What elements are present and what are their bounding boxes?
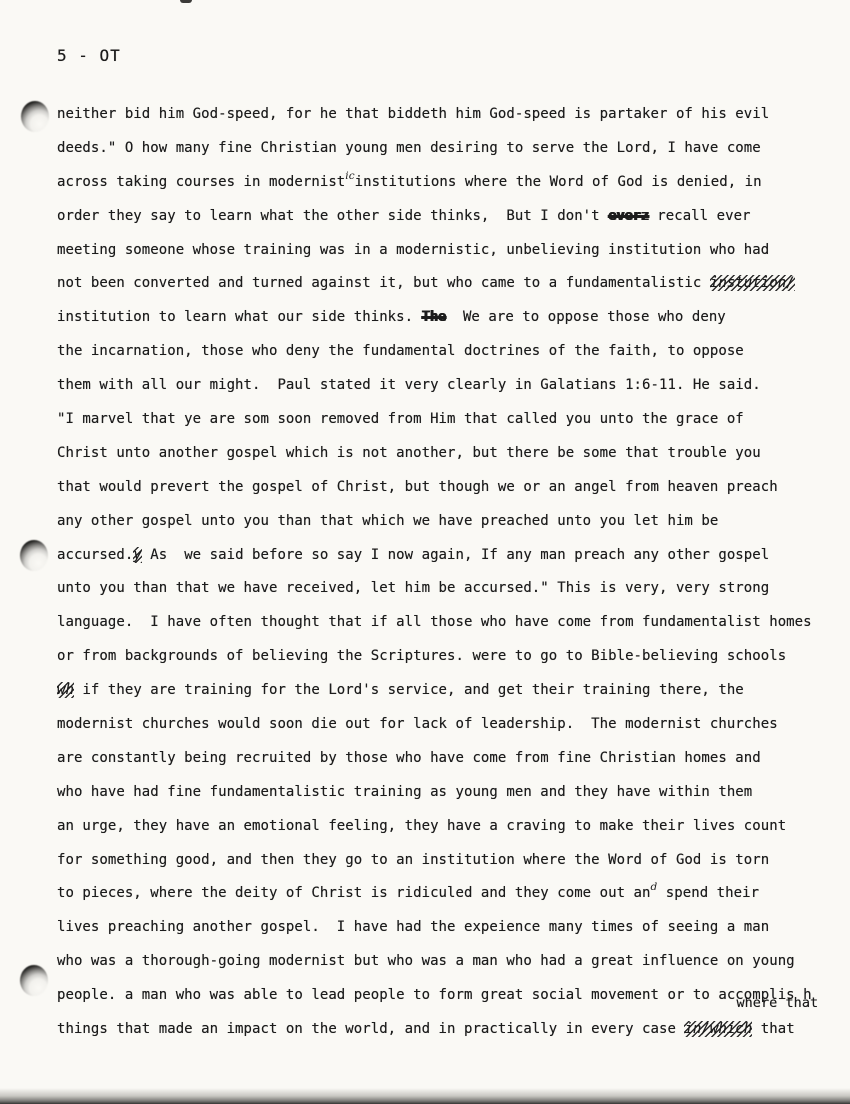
handwritten-insertion: d bbox=[651, 881, 658, 893]
text-line: Christ unto another gospel which is not … bbox=[57, 437, 832, 471]
text-line: are constantly being recruited by those … bbox=[57, 742, 832, 776]
text-segment: modernist churches would soon die out fo… bbox=[57, 716, 778, 732]
text-line: to pieces, where the deity of Christ is … bbox=[57, 877, 832, 911]
text-segment: who was a thorough-going modernist but w… bbox=[57, 953, 795, 969]
text-line: people. a man who was able to lead peopl… bbox=[57, 979, 832, 1013]
text-segment: accursed. bbox=[57, 547, 133, 563]
text-segment: are constantly being recruited by those … bbox=[57, 750, 761, 766]
text-segment: Christ unto another gospel which is not … bbox=[57, 445, 761, 461]
text-line: accursed.y As we said before so say I no… bbox=[57, 539, 832, 573]
page-number-header: 5 - OT bbox=[57, 46, 121, 65]
text-line: who have had fine fundamentalistic train… bbox=[57, 776, 832, 810]
text-segment: unto you than that we have received, let… bbox=[57, 580, 769, 596]
text-line: deeds." O how many fine Christian young … bbox=[57, 132, 832, 166]
text-segment: any other gospel unto you than that whic… bbox=[57, 513, 718, 529]
text-segment: if they are training for the Lord's serv… bbox=[74, 682, 744, 698]
text-line: lives preaching another gospel. I have h… bbox=[57, 911, 832, 945]
text-segment: We are to oppose those who deny bbox=[446, 309, 726, 325]
text-segment: recall ever bbox=[649, 208, 751, 224]
text-line: meeting someone whose training was in a … bbox=[57, 234, 832, 268]
text-segment: language. I have often thought that if a… bbox=[57, 614, 812, 630]
punch-hole-shadow bbox=[21, 101, 49, 132]
text-line: that would prevert the gospel of Christ,… bbox=[57, 471, 832, 505]
struck-out-text: everz bbox=[608, 208, 649, 224]
text-line: "I marvel that ye are som soon removed f… bbox=[57, 403, 832, 437]
punch-hole-shadow bbox=[20, 540, 48, 571]
text-segment: meeting someone whose training was in a … bbox=[57, 242, 769, 258]
struck-out-text: wh bbox=[57, 682, 74, 698]
document-page: 5 - OT neither bid him God-speed, for he… bbox=[0, 0, 850, 1104]
correction-group: where thatin/which bbox=[684, 1013, 752, 1047]
text-segment: for something good, and then they go to … bbox=[57, 852, 769, 868]
text-segment: "I marvel that ye are som soon removed f… bbox=[57, 411, 744, 427]
text-line: wh if they are training for the Lord's s… bbox=[57, 674, 832, 708]
text-segment: who have had fine fundamentalistic train… bbox=[57, 784, 752, 800]
text-segment: As we said before so say I now again, If… bbox=[142, 547, 769, 563]
typed-insertion-above: where that bbox=[736, 996, 818, 1010]
text-segment: that bbox=[752, 1021, 794, 1037]
struck-out-text: instution/ bbox=[710, 275, 795, 291]
text-line: things that made an impact on the world,… bbox=[57, 1013, 832, 1047]
struck-out-text: in/which bbox=[684, 1021, 752, 1037]
text-segment: spend their bbox=[657, 885, 759, 901]
text-line: language. I have often thought that if a… bbox=[57, 606, 832, 640]
handwritten-insertion: ic bbox=[345, 170, 354, 182]
text-segment: institution to learn what our side think… bbox=[57, 309, 422, 325]
text-segment: lives preaching another gospel. I have h… bbox=[57, 919, 769, 935]
text-segment: or from backgrounds of believing the Scr… bbox=[57, 648, 786, 664]
text-segment: that would prevert the gospel of Christ,… bbox=[57, 479, 778, 495]
text-line: them with all our might. Paul stated it … bbox=[57, 369, 832, 403]
text-line: any other gospel unto you than that whic… bbox=[57, 505, 832, 539]
text-segment: order they say to learn what the other s… bbox=[57, 208, 608, 224]
typewritten-body: neither bid him God-speed, for he that b… bbox=[57, 98, 832, 1047]
text-line: not been converted and turned against it… bbox=[57, 267, 832, 301]
punch-hole-shadow bbox=[20, 965, 48, 996]
text-line: modernist churches would soon die out fo… bbox=[57, 708, 832, 742]
struck-out-text: The bbox=[422, 309, 446, 325]
text-segment: institutions where the Word of God is de… bbox=[355, 174, 762, 190]
text-segment: deeds." O how many fine Christian young … bbox=[57, 140, 761, 156]
text-line: order they say to learn what the other s… bbox=[57, 200, 832, 234]
text-line: who was a thorough-going modernist but w… bbox=[57, 945, 832, 979]
struck-out-text: y bbox=[133, 547, 141, 563]
text-line: institution to learn what our side think… bbox=[57, 301, 832, 335]
text-segment: an urge, they have an emotional feeling,… bbox=[57, 818, 786, 834]
text-line: neither bid him God-speed, for he that b… bbox=[57, 98, 832, 132]
text-segment: things that made an impact on the world,… bbox=[57, 1021, 684, 1037]
text-segment: not been converted and turned against it… bbox=[57, 275, 710, 291]
text-line: the incarnation, those who deny the fund… bbox=[57, 335, 832, 369]
text-line: for something good, and then they go to … bbox=[57, 844, 832, 878]
text-segment: them with all our might. Paul stated it … bbox=[57, 377, 761, 393]
text-segment: neither bid him God-speed, for he that b… bbox=[57, 106, 769, 122]
text-line: across taking courses in modernisticinst… bbox=[57, 166, 832, 200]
scan-bottom-shadow bbox=[0, 1088, 850, 1104]
text-line: or from backgrounds of believing the Scr… bbox=[57, 640, 832, 674]
text-segment: the incarnation, those who deny the fund… bbox=[57, 343, 744, 359]
text-line: an urge, they have an emotional feeling,… bbox=[57, 810, 832, 844]
text-segment: people. a man who was able to lead peopl… bbox=[57, 987, 812, 1003]
text-line: unto you than that we have received, let… bbox=[57, 572, 832, 606]
text-segment: to pieces, where the deity of Christ is … bbox=[57, 885, 651, 901]
scan-edge-mark bbox=[180, 0, 192, 3]
text-segment: across taking courses in modernist bbox=[57, 174, 345, 190]
